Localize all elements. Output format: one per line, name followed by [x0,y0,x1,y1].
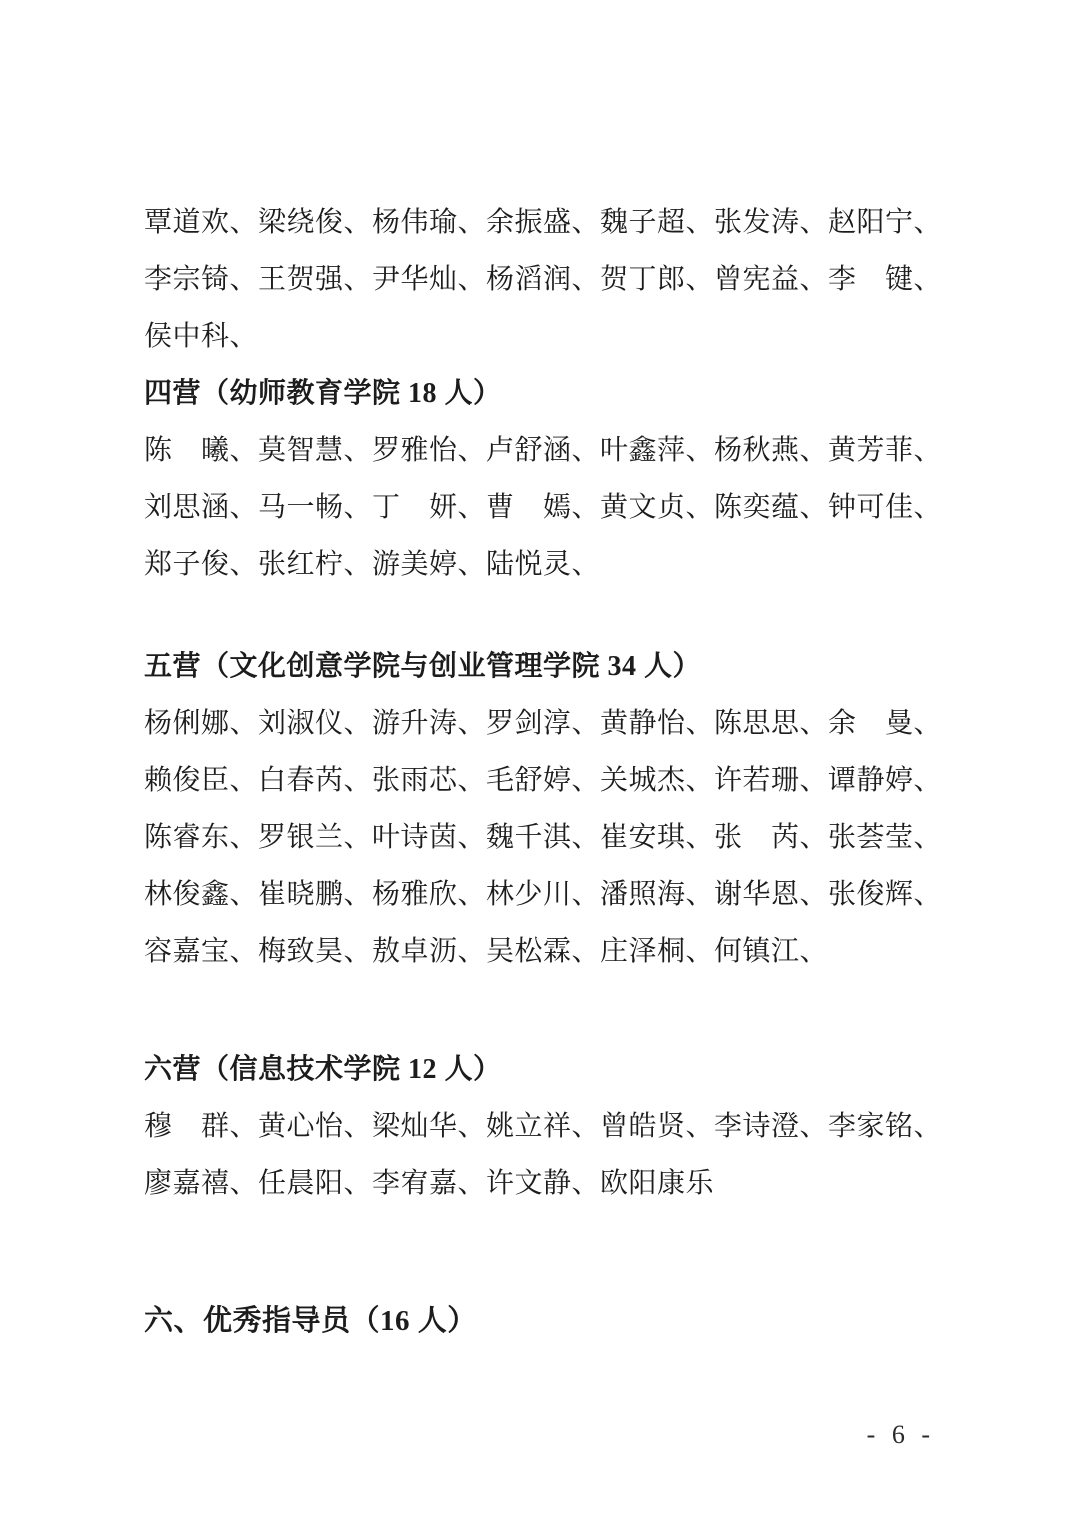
name-list-line: 郑子俊、张红柠、游美婷、陆悦灵、 [144,536,939,593]
section-camp4: 四营（幼师教育学院 18 人） 陈 曦、莫智慧、罗雅怡、卢舒涵、叶鑫萍、杨秋燕、… [144,365,939,593]
name-list-line: 覃道欢、梁绕俊、杨伟瑜、余振盛、魏子超、张发涛、赵阳宁、 [144,194,939,251]
section-camp6: 六营（信息技术学院 12 人） 穆 群、黄心怡、梁灿华、姚立祥、曾皓贤、李诗澄、… [144,1041,939,1212]
name-list-line: 侯中科、 [144,308,939,365]
name-list-line: 穆 群、黄心怡、梁灿华、姚立祥、曾皓贤、李诗澄、李家铭、 [144,1098,939,1155]
name-list-line: 陈睿东、罗银兰、叶诗茵、魏千淇、崔安琪、张 芮、张荟莹、 [144,809,939,866]
award-section-heading: 六、优秀指导员（16 人） [144,1293,939,1350]
name-list-line: 赖俊臣、白春芮、张雨芯、毛舒婷、关城杰、许若珊、谭静婷、 [144,752,939,809]
camp6-heading: 六营（信息技术学院 12 人） [144,1041,939,1098]
document-page: 覃道欢、梁绕俊、杨伟瑜、余振盛、魏子超、张发涛、赵阳宁、 李宗锜、王贺强、尹华灿… [0,0,1080,1527]
camp5-heading: 五营（文化创意学院与创业管理学院 34 人） [144,638,939,695]
document-body: 覃道欢、梁绕俊、杨伟瑜、余振盛、魏子超、张发涛、赵阳宁、 李宗锜、王贺强、尹华灿… [144,194,939,1350]
name-list-line: 杨俐娜、刘淑仪、游升涛、罗剑淳、黄静怡、陈思思、余 曼、 [144,695,939,752]
page-number: - 6 - [867,1420,935,1450]
name-list-line: 刘思涵、马一畅、丁 妍、曹 嫣、黄文贞、陈奕蕴、钟可佳、 [144,479,939,536]
name-list-line: 容嘉宝、梅致昊、敖卓沥、吴松霖、庄泽桐、何镇江、 [144,923,939,980]
section-camp5: 五营（文化创意学院与创业管理学院 34 人） 杨俐娜、刘淑仪、游升涛、罗剑淳、黄… [144,638,939,980]
name-list-line: 廖嘉禧、任晨阳、李宥嘉、许文静、欧阳康乐 [144,1155,939,1212]
camp4-heading: 四营（幼师教育学院 18 人） [144,365,939,422]
continued-name-list: 覃道欢、梁绕俊、杨伟瑜、余振盛、魏子超、张发涛、赵阳宁、 李宗锜、王贺强、尹华灿… [144,194,939,365]
name-list-line: 李宗锜、王贺强、尹华灿、杨滔润、贺丁郎、曾宪益、李 键、 [144,251,939,308]
name-list-line: 林俊鑫、崔晓鹏、杨雅欣、林少川、潘照海、谢华恩、张俊辉、 [144,866,939,923]
name-list-line: 陈 曦、莫智慧、罗雅怡、卢舒涵、叶鑫萍、杨秋燕、黄芳菲、 [144,422,939,479]
